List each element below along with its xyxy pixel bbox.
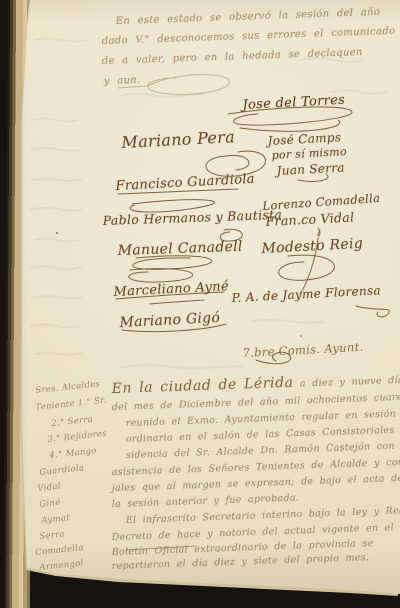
top-note-line: y aun. [104,75,141,87]
manuscript-scan: En este estado se observó la sesión del … [0,0,400,608]
body-opening-rest: a diez y nueve días [300,375,400,390]
